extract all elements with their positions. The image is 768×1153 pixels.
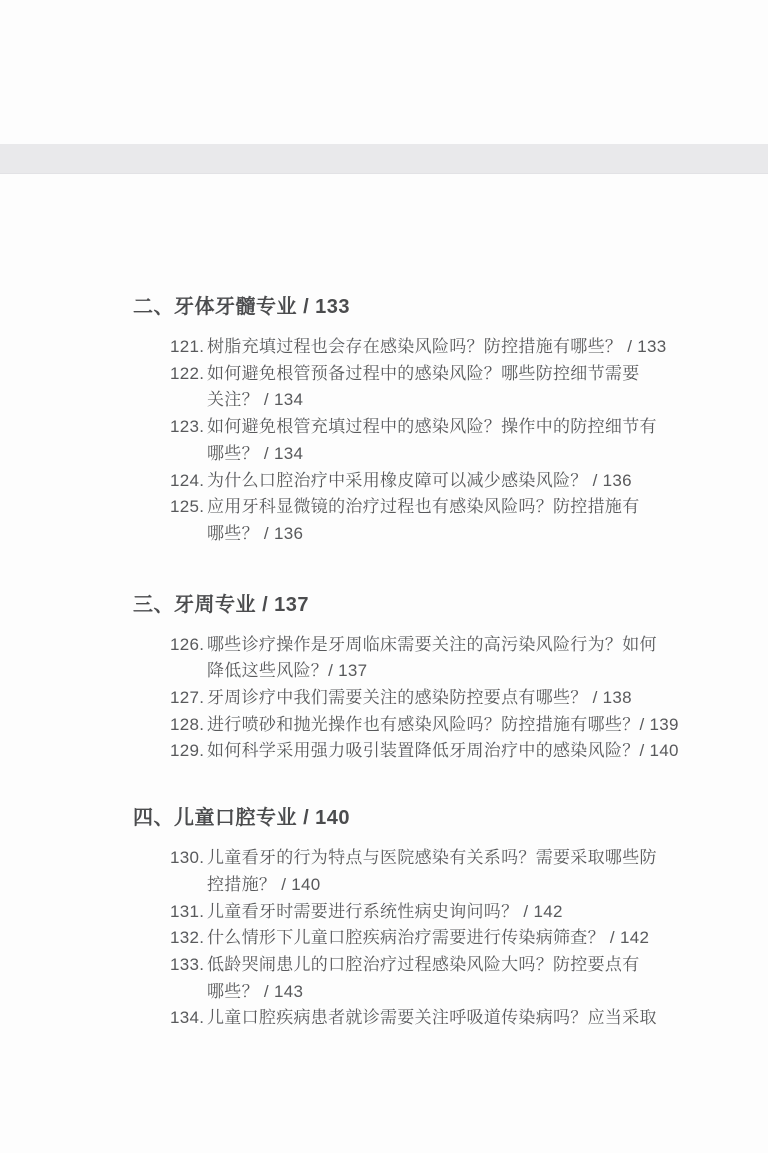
toc-item-line2: 降低这些风险？/ 137 — [207, 658, 768, 685]
item-number: 129. — [170, 738, 207, 765]
item-number: 128. — [170, 712, 207, 739]
item-number: 122. — [170, 361, 207, 388]
section-page-ref: / 133 — [303, 296, 350, 318]
item-number: 127. — [170, 685, 207, 712]
toc-item-line1: 125.应用牙科显微镜的治疗过程也有感染风险吗？防控措施有 — [170, 494, 768, 521]
item-text-line1: 牙周诊疗中我们需要关注的感染防控要点有哪些？ / 138 — [207, 688, 632, 707]
toc-item: 122.如何避免根管预备过程中的感染风险？哪些防控细节需要 关注？ / 134 — [0, 361, 768, 414]
section-title: 三、牙周专业 — [133, 594, 256, 616]
item-text-line2: 降低这些风险？/ 137 — [207, 661, 367, 680]
item-text-line2: 哪些？ / 143 — [207, 982, 303, 1001]
item-number: 124. — [170, 468, 207, 495]
item-text-line2: 哪些？ / 136 — [207, 524, 303, 543]
section-page-ref: / 137 — [262, 594, 309, 616]
toc-item-line1: 129.如何科学采用强力吸引装置降低牙周治疗中的感染风险？/ 140 — [170, 738, 768, 765]
item-number: 133. — [170, 952, 207, 979]
item-text-line1: 儿童看牙的行为特点与医院感染有关系吗？需要采取哪些防 — [207, 848, 657, 867]
toc-item-line1: 127.牙周诊疗中我们需要关注的感染防控要点有哪些？ / 138 — [170, 685, 768, 712]
toc-item-line1: 122.如何避免根管预备过程中的感染风险？哪些防控细节需要 — [170, 361, 768, 388]
toc-item: 126.哪些诊疗操作是牙周临床需要关注的高污染风险行为？如何 降低这些风险？/ … — [0, 632, 768, 685]
toc-item: 124.为什么口腔治疗中采用橡皮障可以减少感染风险？ / 136 — [0, 468, 768, 495]
toc-item-line1: 123.如何避免根管充填过程中的感染风险？操作中的防控细节有 — [170, 414, 768, 441]
item-number: 125. — [170, 494, 207, 521]
item-text-line1: 如何科学采用强力吸引装置降低牙周治疗中的感染风险？/ 140 — [207, 741, 679, 760]
toc-item: 130.儿童看牙的行为特点与医院感染有关系吗？需要采取哪些防 控措施？ / 14… — [0, 845, 768, 898]
toc-item-line1: 121.树脂充填过程也会存在感染风险吗？防控措施有哪些？ / 133 — [170, 334, 768, 361]
toc-item-line1: 126.哪些诊疗操作是牙周临床需要关注的高污染风险行为？如何 — [170, 632, 768, 659]
item-text-line1: 低龄哭闹患儿的口腔治疗过程感染风险大吗？防控要点有 — [207, 955, 640, 974]
toc-item-line2: 关注？ / 134 — [207, 387, 768, 414]
toc-item: 125.应用牙科显微镜的治疗过程也有感染风险吗？防控措施有 哪些？ / 136 — [0, 494, 768, 547]
item-text-line1: 什么情形下儿童口腔疾病治疗需要进行传染病筛查？ / 142 — [207, 928, 649, 947]
toc-item-line1: 130.儿童看牙的行为特点与医院感染有关系吗？需要采取哪些防 — [170, 845, 768, 872]
section-items: 126.哪些诊疗操作是牙周临床需要关注的高污染风险行为？如何 降低这些风险？/ … — [0, 632, 768, 766]
item-text-line1: 进行喷砂和抛光操作也有感染风险吗？防控措施有哪些？/ 139 — [207, 715, 679, 734]
toc-item-line1: 132.什么情形下儿童口腔疾病治疗需要进行传染病筛查？ / 142 — [170, 925, 768, 952]
toc-section: 四、儿童口腔专业 / 140 130.儿童看牙的行为特点与医院感染有关系吗？需要… — [0, 805, 768, 1032]
toc-item: 127.牙周诊疗中我们需要关注的感染防控要点有哪些？ / 138 — [0, 685, 768, 712]
item-text-line1: 如何避免根管预备过程中的感染风险？哪些防控细节需要 — [207, 364, 640, 383]
toc-item-line1: 133.低龄哭闹患儿的口腔治疗过程感染风险大吗？防控要点有 — [170, 952, 768, 979]
toc-item-line2: 控措施？ / 140 — [207, 872, 768, 899]
item-text-line1: 如何避免根管充填过程中的感染风险？操作中的防控细节有 — [207, 417, 657, 436]
item-number: 134. — [170, 1005, 207, 1032]
toc-item-line1: 124.为什么口腔治疗中采用橡皮障可以减少感染风险？ / 136 — [170, 468, 768, 495]
item-number: 123. — [170, 414, 207, 441]
item-text-line2: 哪些？ / 134 — [207, 444, 303, 463]
section-items: 121.树脂充填过程也会存在感染风险吗？防控措施有哪些？ / 133 122.如… — [0, 334, 768, 548]
item-text-line1: 树脂充填过程也会存在感染风险吗？防控措施有哪些？ / 133 — [207, 337, 667, 356]
item-text-line1: 儿童口腔疾病患者就诊需要关注呼吸道传染病吗？应当采取 — [207, 1008, 657, 1027]
book-page: { "page": { "background_color": "#fdfdfd… — [0, 0, 768, 1153]
item-number: 126. — [170, 632, 207, 659]
toc-item: 134.儿童口腔疾病患者就诊需要关注呼吸道传染病吗？应当采取 — [0, 1005, 768, 1032]
toc-section: 二、牙体牙髓专业 / 133 121.树脂充填过程也会存在感染风险吗？防控措施有… — [0, 294, 768, 548]
section-page-ref: / 140 — [303, 807, 350, 829]
toc-item-line1: 128.进行喷砂和抛光操作也有感染风险吗？防控措施有哪些？/ 139 — [170, 712, 768, 739]
section-heading: 二、牙体牙髓专业 / 133 — [133, 294, 768, 321]
item-number: 132. — [170, 925, 207, 952]
section-items: 130.儿童看牙的行为特点与医院感染有关系吗？需要采取哪些防 控措施？ / 14… — [0, 845, 768, 1032]
toc-item: 133.低龄哭闹患儿的口腔治疗过程感染风险大吗？防控要点有 哪些？ / 143 — [0, 952, 768, 1005]
toc: 二、牙体牙髓专业 / 133 121.树脂充填过程也会存在感染风险吗？防控措施有… — [0, 0, 768, 1032]
toc-item: 121.树脂充填过程也会存在感染风险吗？防控措施有哪些？ / 133 — [0, 334, 768, 361]
item-text-line2: 控措施？ / 140 — [207, 875, 321, 894]
item-text-line1: 哪些诊疗操作是牙周临床需要关注的高污染风险行为？如何 — [207, 635, 657, 654]
toc-item-line2: 哪些？ / 136 — [207, 521, 768, 548]
toc-section: 三、牙周专业 / 137 126.哪些诊疗操作是牙周临床需要关注的高污染风险行为… — [0, 592, 768, 766]
item-number: 121. — [170, 334, 207, 361]
toc-item-line2: 哪些？ / 143 — [207, 979, 768, 1006]
section-title: 二、牙体牙髓专业 — [133, 296, 297, 318]
section-heading: 四、儿童口腔专业 / 140 — [133, 805, 768, 832]
item-text-line1: 应用牙科显微镜的治疗过程也有感染风险吗？防控措施有 — [207, 497, 640, 516]
toc-item-line2: 哪些？ / 134 — [207, 441, 768, 468]
item-text-line1: 为什么口腔治疗中采用橡皮障可以减少感染风险？ / 136 — [207, 471, 632, 490]
toc-item: 123.如何避免根管充填过程中的感染风险？操作中的防控细节有 哪些？ / 134 — [0, 414, 768, 467]
toc-item: 128.进行喷砂和抛光操作也有感染风险吗？防控措施有哪些？/ 139 — [0, 712, 768, 739]
toc-item: 132.什么情形下儿童口腔疾病治疗需要进行传染病筛查？ / 142 — [0, 925, 768, 952]
item-number: 131. — [170, 899, 207, 926]
toc-item: 131.儿童看牙时需要进行系统性病史询问吗？ / 142 — [0, 899, 768, 926]
item-text-line1: 儿童看牙时需要进行系统性病史询问吗？ / 142 — [207, 902, 563, 921]
section-title: 四、儿童口腔专业 — [133, 807, 297, 829]
toc-item-line1: 134.儿童口腔疾病患者就诊需要关注呼吸道传染病吗？应当采取 — [170, 1005, 768, 1032]
item-number: 130. — [170, 845, 207, 872]
toc-item: 129.如何科学采用强力吸引装置降低牙周治疗中的感染风险？/ 140 — [0, 738, 768, 765]
item-text-line2: 关注？ / 134 — [207, 390, 303, 409]
toc-item-line1: 131.儿童看牙时需要进行系统性病史询问吗？ / 142 — [170, 899, 768, 926]
section-heading: 三、牙周专业 / 137 — [133, 592, 768, 619]
